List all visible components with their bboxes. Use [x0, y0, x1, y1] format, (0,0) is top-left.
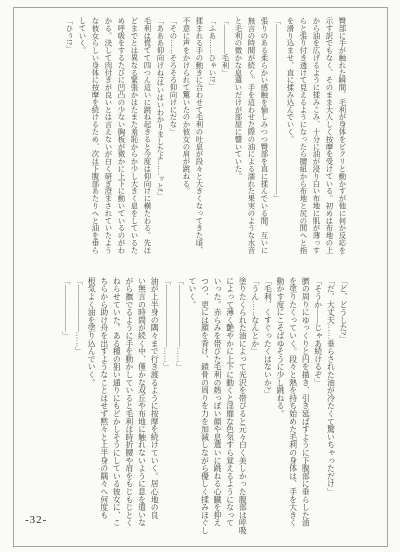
text-column: と毛利の微かな息遣いだけが部屋に響いていた。	[232, 17, 245, 254]
text-column: いった。赤らみを帯びた毛利の熱っぽい顔や息遣いに跳ねる心臓を抑え	[210, 277, 223, 534]
text-column: 「―――――――――――――――――――――――」	[271, 17, 284, 254]
text-column: め呼吸をするたびに凹凸の少ない胸板が微かに上下に動いているのがわ	[115, 17, 128, 254]
text-column: 臍の周りにゆっくりと円を描き、引き延ばすように下腹部に垂らした油	[299, 277, 312, 534]
text-column: 「だ、大丈夫……垂らされた油が冷たくて驚いちゃっただけ」	[324, 277, 337, 534]
text-column: 「――――――――……」	[173, 277, 186, 534]
page-number: -32-	[25, 514, 47, 526]
text-column: つつ、更には顔を背け、鎖骨の周りを力を加減しながら優しく揉みほぐし	[198, 277, 211, 534]
text-column: 揉まれる手の動きに合わせて毛利の吐息が段々と大きくなってきた頃、	[193, 17, 206, 254]
text-block-top: 臀部に手が触れた瞬間、毛利が身体をビクリと動かすが他に何か反応を示す訳でもなく、…	[63, 17, 349, 254]
text-column: 「――――――……」	[72, 277, 85, 534]
text-column: 「ど、どうした?」	[336, 277, 349, 534]
text-column: を滑り込ませ、直に揉み込んでいく。	[284, 17, 297, 254]
text-column: 「ひぅ!?」	[63, 17, 76, 254]
text-block-bottom: 「ど、どうした?」「だ、大丈夫……垂らされた油が冷たくて驚いちゃっただけ」「そう…	[59, 277, 349, 534]
text-column: い無言の時間が続く中、僅かな双丘や布地に触れないように息を遣いな	[135, 277, 148, 534]
text-column: 無言の時間が続く。手を這わせた際の油による濡れた果実のような水音	[245, 17, 258, 254]
text-column: 「毛利、くすぐったくはないか?」	[261, 277, 274, 534]
text-column: かる。決して肉付きが良いとは言えないが白く研ぎ澄まされていたよう	[102, 17, 115, 254]
text-column: がら撫でるように手を動かしていると毛利は時折腰や肩をもじもじとく	[122, 277, 135, 534]
text-column: によって薄く艶やかに上下に動くと淫靡な色気すら覚えるようになって	[223, 277, 236, 534]
text-column: 「うん……なんとか」	[248, 277, 261, 534]
text-column: 油が上半身の隅々まで行き渡るように按摩を続けていく。居心地の良	[148, 277, 161, 534]
text-column: ちらから助け舟を出すようなことはせず黙々と上半身の隅々へ何度も	[97, 277, 110, 534]
text-column: 張りのある柔らかい感触を愉しみつつ臀部を直に揉んでいる間、互いに	[258, 17, 271, 254]
text-column: を塗りたくっていく。段々と熱を持ち始めた毛利の身体は、手を大きく	[286, 277, 299, 534]
text-column: 臀部に手が触れた瞬間、毛利が身体をビクリと動かすが他に何か反応を	[336, 17, 349, 254]
text-column: 塗りたくられた油によって光沢を帯びると元々白く美しかった腹部は呼吸	[236, 277, 249, 534]
text-column: 「――――――」	[59, 277, 72, 534]
text-column: 「ふあ……ひゃい!?」	[206, 17, 219, 254]
text-column: から油を広げるように揉みこみ、十分に油が浸り白い布地に肌が薄っす	[310, 17, 323, 254]
text-column: していく。	[76, 17, 89, 254]
text-column: 「そうか――じゃあ続けるぞ」	[311, 277, 324, 534]
text-column: 「あああ仰向けね!はいはいわかりましたよ……ッと!」	[154, 17, 167, 254]
scanned-novel-page: 臀部に手が触れた瞬間、毛利が身体をビクリと動かすが他に何か反応を示す訳でもなく、…	[0, 0, 400, 552]
text-column: 「――――――――……」	[160, 277, 173, 534]
text-column: 毛利は慌てて四つん這いに跳ね起きると今度は仰向けに横たわる。先ほ	[141, 17, 154, 254]
text-column: 不意に声をかけられて驚いたのか彼女の肩が跳ねる。	[180, 17, 193, 254]
text-column: 示す訳でもなく、そのまま大人しく按摩を受けている。初めは布地の上	[323, 17, 336, 254]
text-column: 根気よく油を塗り込んでいく。	[85, 277, 98, 534]
text-column: らと張り付き透けて見えるようになったら腰紐から布地と尻の間へと指	[297, 17, 310, 254]
text-column: な彼女らしい身体に按摩を続けるため、次は下腹部あたりへと油を垂ら	[89, 17, 102, 254]
text-column: どまでとは異なる緊張かはたまた羞恥からか少し大きく息をしているた	[128, 17, 141, 254]
text-column: ねらせていた。ある種の狙い通りにもどかしそうにしている彼女に、こ	[110, 277, 123, 534]
text-column: 「その……そろそろ仰向けにだな」	[167, 17, 180, 254]
text-column: 動かす度にこそばゆそうに少し跳ねる。	[273, 277, 286, 534]
text-column: ていく。	[185, 277, 198, 534]
text-column: 「――――毛利」	[219, 17, 232, 254]
